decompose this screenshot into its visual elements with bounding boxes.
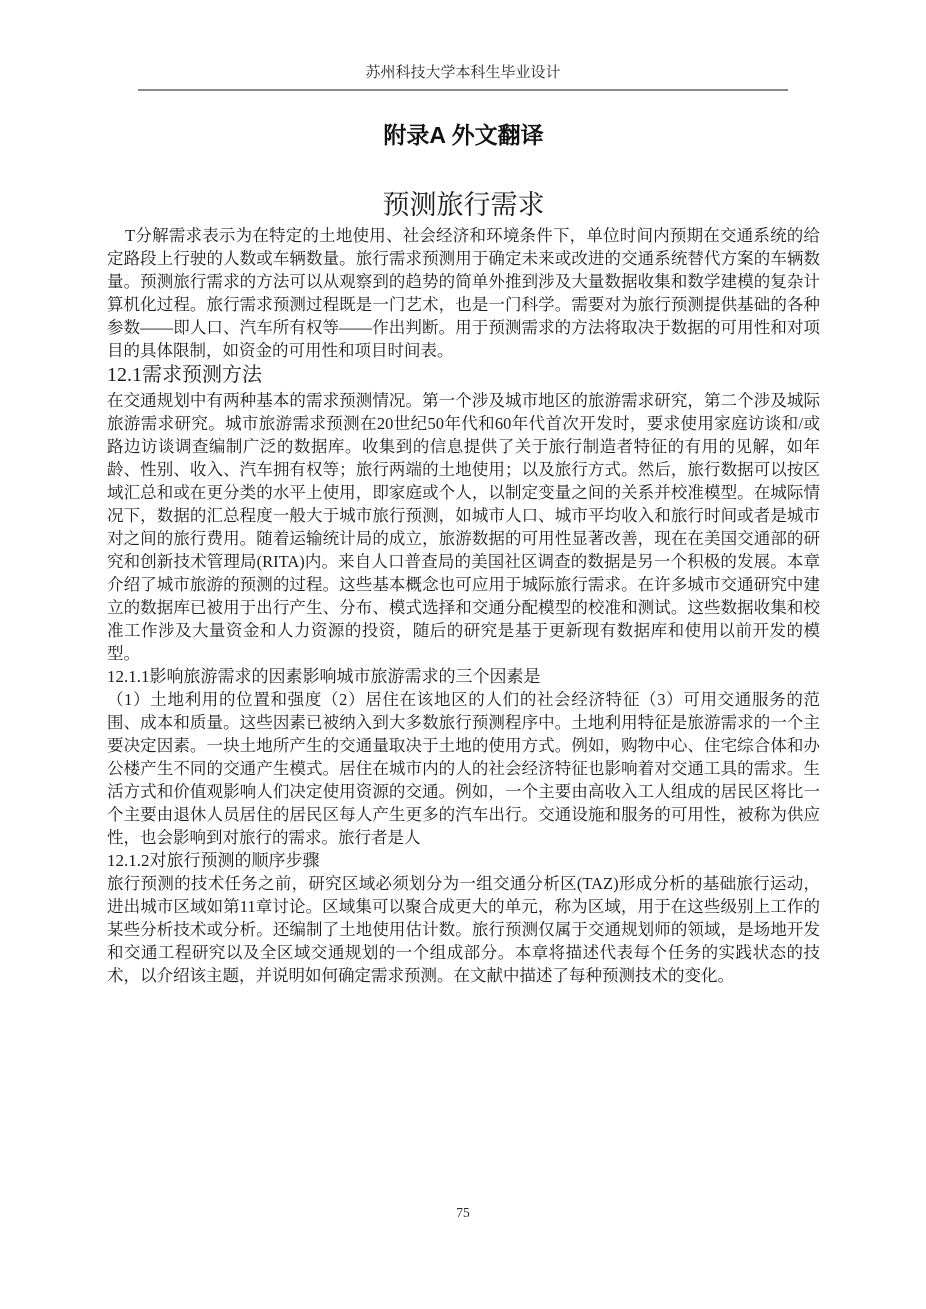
header-title: 苏州科技大学本科生毕业设计: [0, 0, 926, 84]
header-rule: [138, 89, 788, 91]
paragraph-12-1-2: 旅行预测的技术任务之前，研究区域必须划分为一组交通分析区(TAZ)形成分析的基础…: [107, 872, 820, 987]
section-heading-12-1-1: 12.1.1影响旅游需求的因素影响城市旅游需求的三个因素是: [107, 665, 820, 688]
appendix-title: 附录A 外文翻译: [107, 121, 820, 150]
section-heading-12-1: 12.1需求预测方法: [107, 362, 820, 389]
page-content: 附录A 外文翻译 预测旅行需求 T分解需求表示为在特定的土地使用、社会经济和环境…: [0, 121, 926, 987]
article-title: 预测旅行需求: [107, 190, 820, 221]
page-number: 75: [0, 1205, 926, 1221]
document-page: 苏州科技大学本科生毕业设计 附录A 外文翻译 预测旅行需求 T分解需求表示为在特…: [0, 0, 926, 1309]
paragraph-12-1: 在交通规划中有两种基本的需求预测情况。第一个涉及城市地区的旅游需求研究，第二个涉…: [107, 389, 820, 665]
page-header: 苏州科技大学本科生毕业设计: [0, 0, 926, 91]
paragraph-12-1-1: （1）土地利用的位置和强度（2）居住在该地区的人们的社会经济特征（3）可用交通服…: [107, 688, 820, 849]
section-heading-12-1-2: 12.1.2对旅行预测的顺序步骤: [107, 849, 820, 872]
paragraph-intro: T分解需求表示为在特定的土地使用、社会经济和环境条件下，单位时间内预期在交通系统…: [107, 224, 820, 362]
